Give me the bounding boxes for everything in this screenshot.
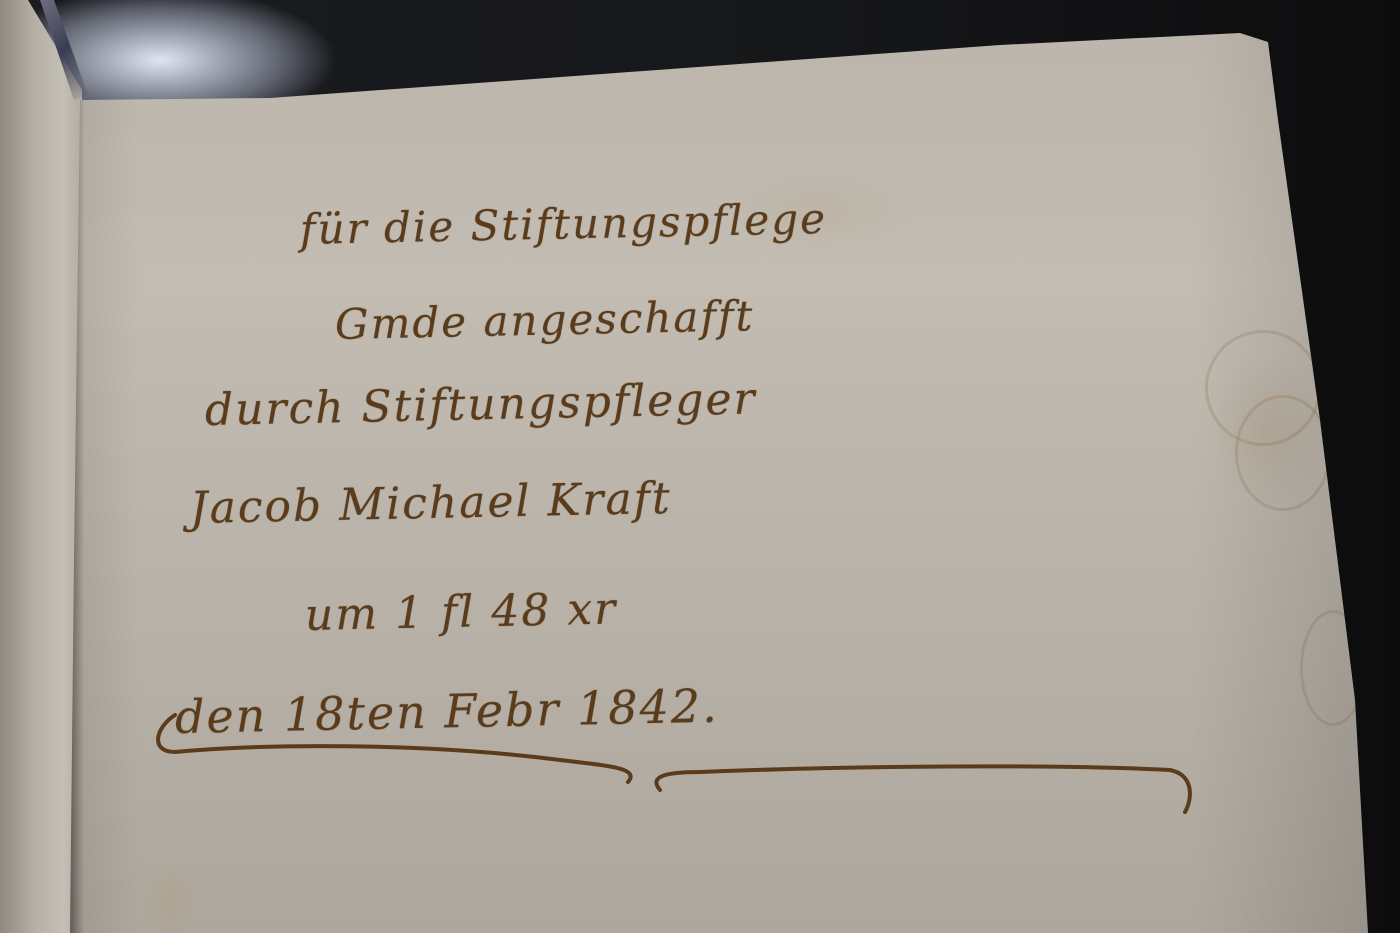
water-stain	[1205, 330, 1321, 446]
inscription-line-2: Gmde angeschafft	[334, 291, 754, 349]
inscription-line-3: durch Stiftungspfleger	[204, 373, 757, 436]
underline-flourish	[0, 0, 1400, 933]
inscription-line-6-date: den 18ten Febr 1842.	[174, 679, 719, 744]
inscription-line-4-name: Jacob Michael Kraft	[189, 473, 672, 534]
water-stain	[1235, 395, 1331, 511]
inscription-line-1: für die Stiftungspflege	[299, 194, 827, 254]
flyleaf-page: für die Stiftungspflege Gmde angeschafft…	[0, 0, 1400, 933]
inscription-line-5-price: um 1 fl 48 xr	[304, 583, 617, 641]
